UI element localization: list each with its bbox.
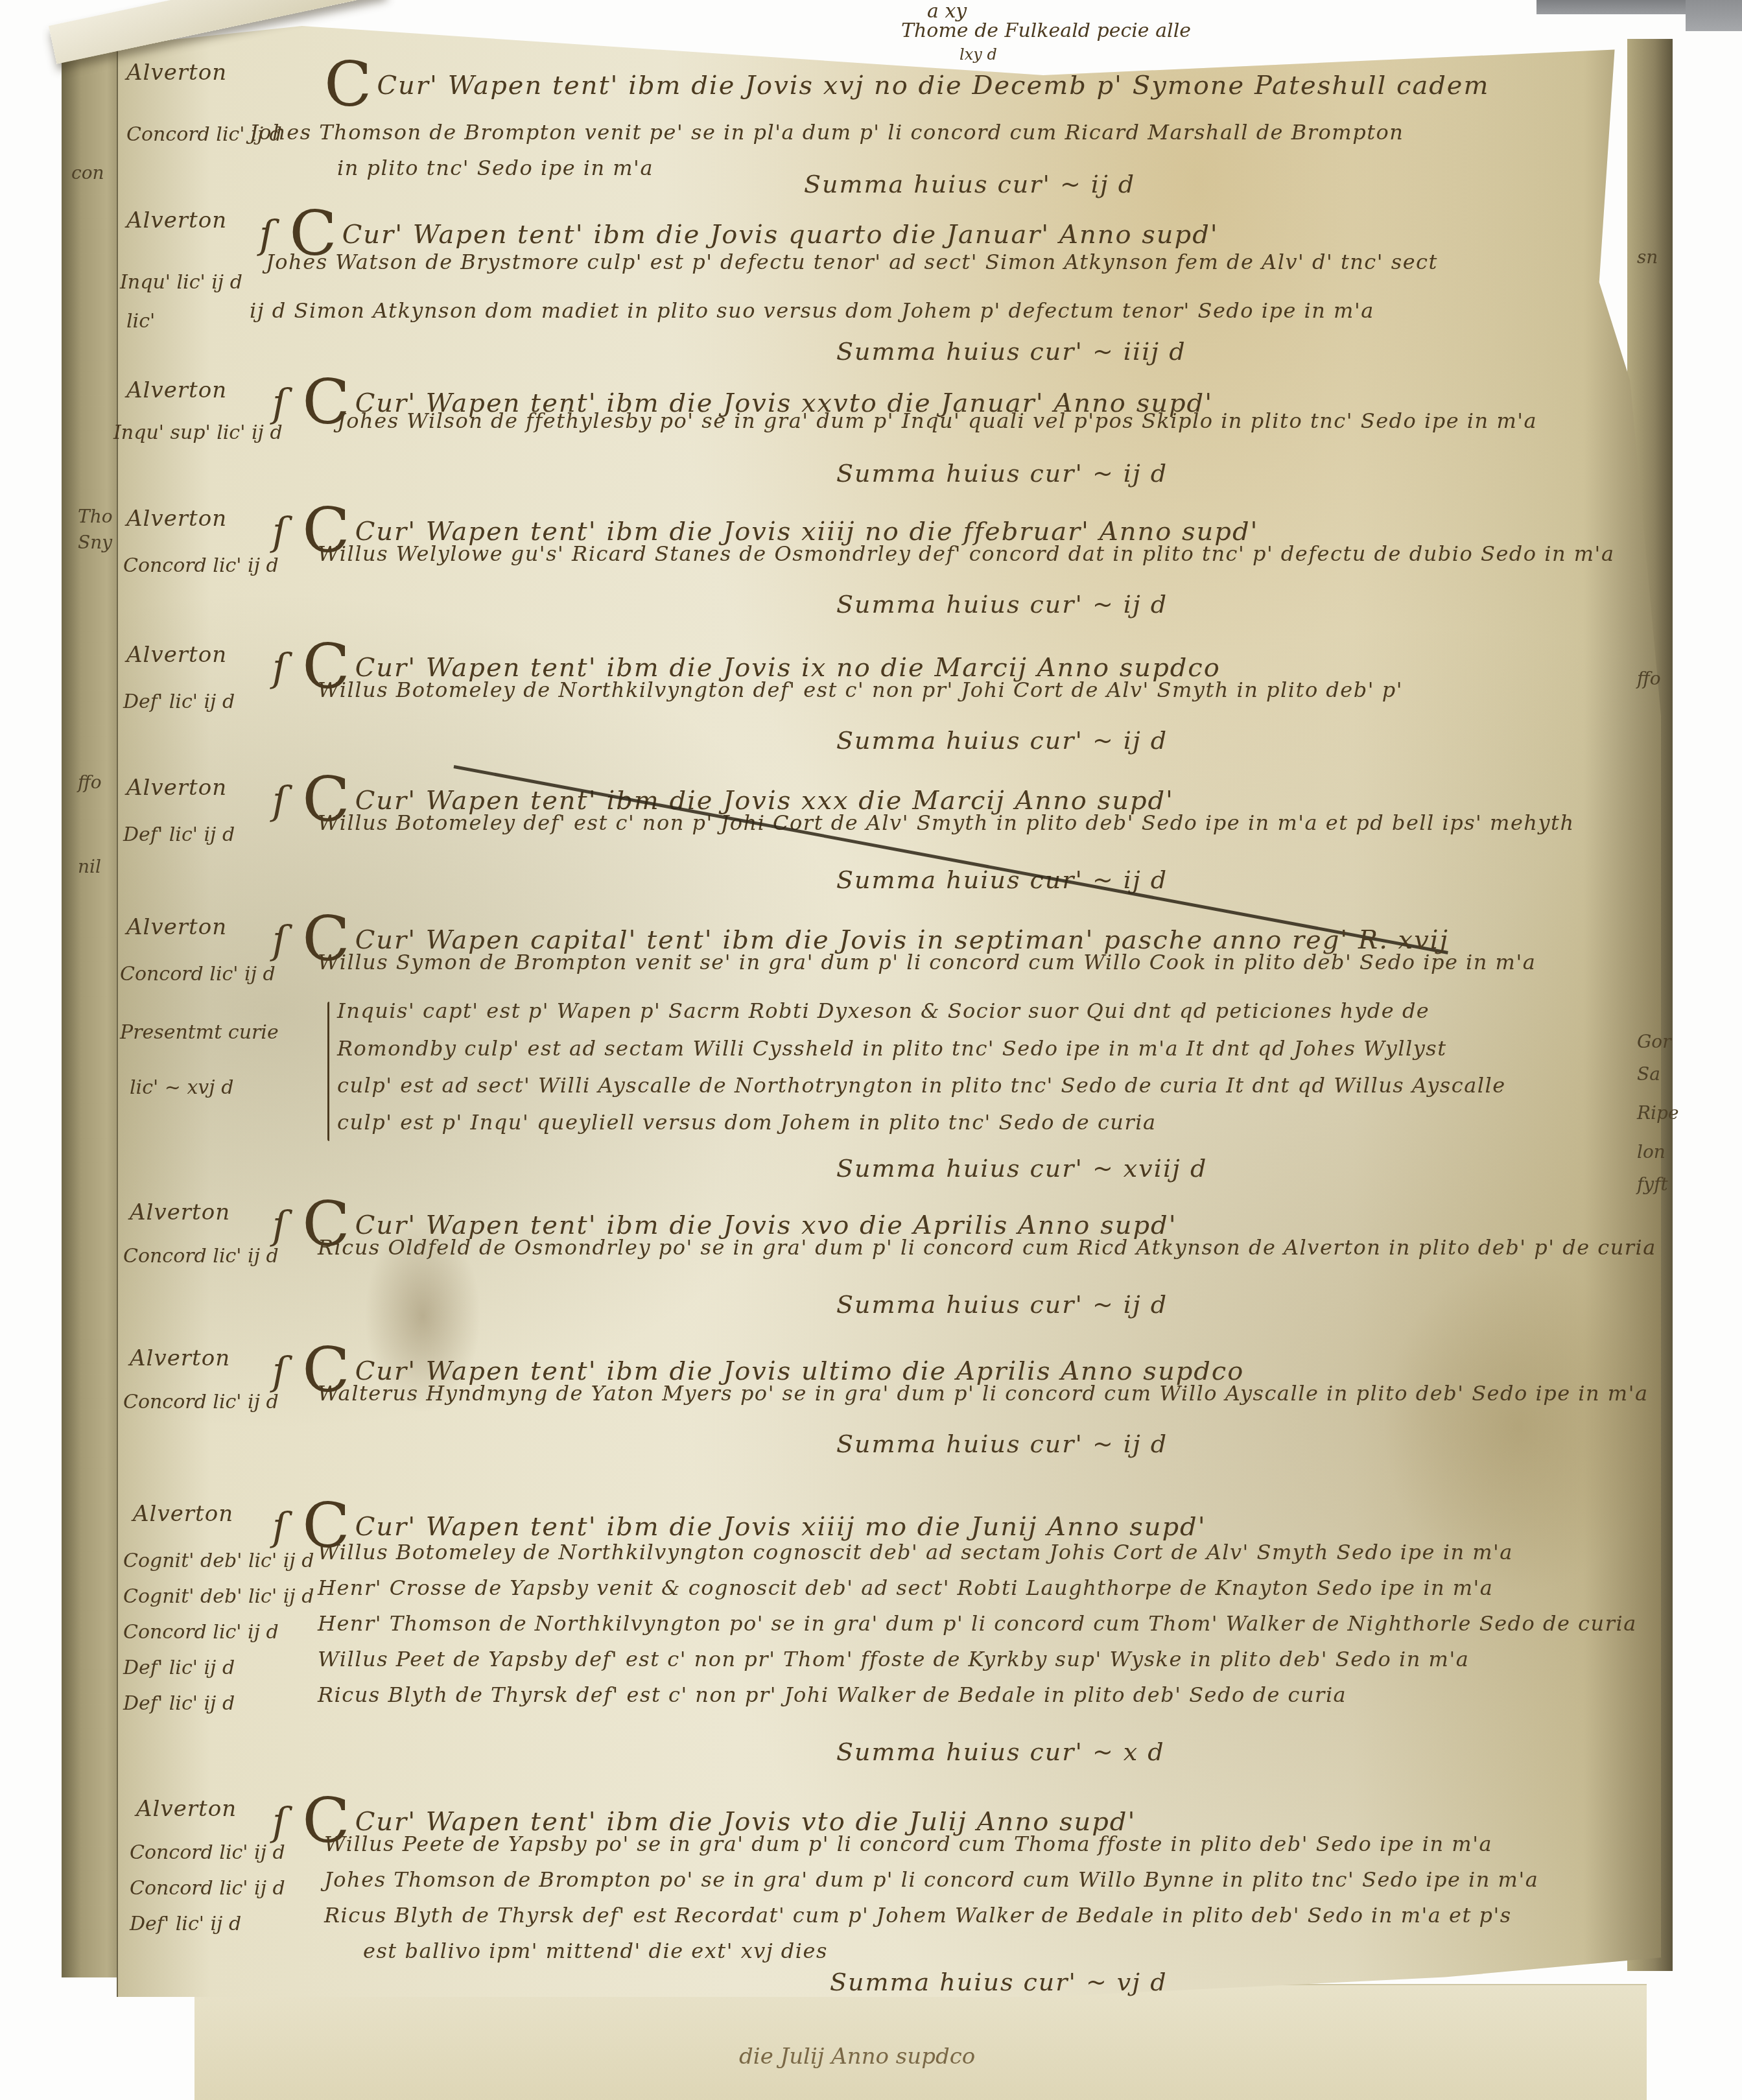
scanner-edge (1686, 0, 1742, 31)
entry-line: Johes Thomson de Brompton venit pe' se i… (250, 120, 1404, 145)
entry-line: Willus Peete de Yapsby po' se in gra' du… (324, 1832, 1492, 1856)
entry-line: Willus Symon de Brompton venit se' in gr… (318, 950, 1536, 974)
entry-line: Johes Wilson de ffethylesby po' se in gr… (337, 408, 1537, 433)
right-margin-note: sn (1637, 246, 1658, 268)
entry-place: Alverton (126, 775, 227, 801)
right-margin-note: Ripe (1637, 1102, 1679, 1124)
entry-summa: Summa huius cur' ~ ij d (836, 1430, 1168, 1458)
entry-line: in plito tnc' Sedo ipe in m'a (337, 156, 653, 180)
entry-place: Alverton (126, 377, 227, 403)
entry-side-note: Cognit' deb' lic' ij d (123, 1585, 314, 1608)
entry-line: Willus Welylowe gu's' Ricard Stanes de O… (318, 541, 1614, 566)
bracket-side-top: Presentmt curie (120, 1021, 279, 1044)
entry-summa: Summa huius cur' ~ x d (836, 1738, 1165, 1766)
entry-side-note: Def' lic' ij d (123, 1692, 235, 1715)
entry-place: Alverton (133, 1501, 233, 1527)
entry-line: Henr' Crosse de Yapsby venit & cognoscit… (318, 1575, 1493, 1600)
heading-text: Cur' Wapen tent' ibm die Jovis quarto di… (342, 220, 1219, 250)
bracket-line: culp' est p' Inqu' queyliell versus dom … (337, 1110, 1157, 1135)
bottom-fragment-text: die Julij Anno supdco (739, 2044, 975, 2070)
entry-line: est ballivo ipm' mittend' die ext' xvj d… (363, 1939, 828, 1963)
left-margin-note: ffo (78, 772, 102, 793)
entry-side-note: Def' lic' ij d (123, 823, 235, 846)
top-fragment-line2: Thome de Fulkeald pecie alle (901, 19, 1191, 42)
entry-summa: Summa huius cur' ~ vj d (830, 1968, 1167, 1996)
entry-line: Willus Botomeley de Northkilvyngton def'… (318, 678, 1403, 702)
entry-place: Alverton (126, 642, 227, 668)
entry-side-note: Def' lic' ij d (123, 690, 235, 713)
entry-place: Alverton (130, 1199, 230, 1225)
entry-side-note: Inqu' sup' lic' ij d (113, 421, 283, 444)
left-margin-note: nil (78, 856, 101, 877)
left-margin-note: Sny (78, 532, 112, 553)
heading-text: Cur' Wapen tent' ibm die Jovis xvj no di… (377, 71, 1489, 100)
entry-summa: Summa huius cur' ~ iiij d (836, 337, 1186, 366)
entry-side-note: Concord lic' ij d (130, 1877, 285, 1900)
bracket-line: Romondby culp' est ad sectam Willi Cyssh… (337, 1036, 1447, 1061)
entry-line: Willus Botomeley def' est c' non p' Johi… (318, 810, 1575, 835)
bracket-line: culp' est ad sect' Willi Ayscalle de Nor… (337, 1073, 1506, 1098)
entry-line: Willus Peet de Yapsby def' est c' non pr… (318, 1647, 1469, 1671)
left-margin-note: Tho (78, 506, 113, 527)
entry-line: Henr' Thomson de Northkilvyngton po' se … (318, 1611, 1637, 1636)
entry-summa: Summa huius cur' ~ ij d (836, 590, 1168, 619)
entry-line: Ricus Blyth de Thyrsk def' est c' non pr… (318, 1682, 1347, 1707)
entry-side-note: Concord lic' ij d (120, 963, 276, 985)
bracket-line: Inquis' capt' est p' Wapen p' Sacrm Robt… (337, 998, 1430, 1023)
entry-heading: CCur' Wapen tent' ibm die Jovis xvj no d… (324, 53, 1489, 115)
entry-line: Johes Thomson de Brompton po' se in gra'… (324, 1867, 1538, 1892)
entry-side-note: Concord lic' ij d (123, 554, 279, 577)
entry-place: Alverton (126, 60, 227, 86)
entry-place: Alverton (136, 1796, 237, 1822)
entry-summa: Summa huius cur' ~ xviij d (836, 1154, 1207, 1183)
entry-side-note: lic' (126, 310, 155, 333)
entry-line: Johes Watson de Brystmore culp' est p' d… (266, 250, 1438, 274)
bracket-side-bottom: lic' ~ xvj d (130, 1076, 233, 1099)
entry-side-note: Concord lic' ij d (130, 1841, 285, 1864)
entry-side-note: Concord lic' ij d (123, 1391, 279, 1413)
entry-line: Ricus Oldfeld de Osmondrley po' se in gr… (318, 1235, 1656, 1260)
initial-c: C (324, 48, 373, 121)
entry-side-note: Cognit' deb' lic' ij d (123, 1550, 314, 1572)
entry-line: Ricus Blyth de Thyrsk def' est Recordat'… (324, 1903, 1512, 1928)
right-margin-note: Sa (1637, 1063, 1660, 1085)
entry-place: Alverton (126, 207, 227, 233)
entry-place: Alverton (130, 1345, 230, 1371)
bracket (327, 1002, 329, 1141)
entry-side-note: Concord lic' ij d (123, 1245, 279, 1268)
entry-side-note: Concord lic' ij d (123, 1621, 279, 1644)
entry-line: ij d Simon Atkynson dom madiet in plito … (250, 298, 1374, 323)
heading-text: Cur' Wapen tent' ibm die Jovis xiiij mo … (355, 1512, 1206, 1542)
entry-side-note: Def' lic' ij d (130, 1913, 241, 1935)
entry-summa: Summa huius cur' ~ ij d (804, 170, 1135, 198)
entry-line: Willus Botomeley de Northkilvyngton cogn… (318, 1540, 1513, 1564)
right-margin-note: fyft (1637, 1174, 1668, 1195)
entry-place: Alverton (126, 914, 227, 940)
entry-line: Walterus Hyndmyng de Yaton Myers po' se … (318, 1381, 1649, 1406)
underlying-membrane: die Julij Anno supdco (194, 1984, 1647, 2100)
entry-summa: Summa huius cur' ~ ij d (836, 726, 1168, 755)
left-margin-note: con (71, 162, 104, 183)
right-margin-note: lon (1637, 1141, 1665, 1162)
entry-summa: Summa huius cur' ~ ij d (836, 1290, 1168, 1319)
entry-side-note: Def' lic' ij d (123, 1657, 235, 1679)
entry-summa: Summa huius cur' ~ ij d (836, 459, 1168, 488)
entry-side-note: Inqu' lic' ij d (120, 271, 242, 294)
right-margin-note: Gor (1637, 1031, 1671, 1052)
right-margin-note: ffo (1637, 668, 1661, 689)
entry-place: Alverton (126, 506, 227, 532)
